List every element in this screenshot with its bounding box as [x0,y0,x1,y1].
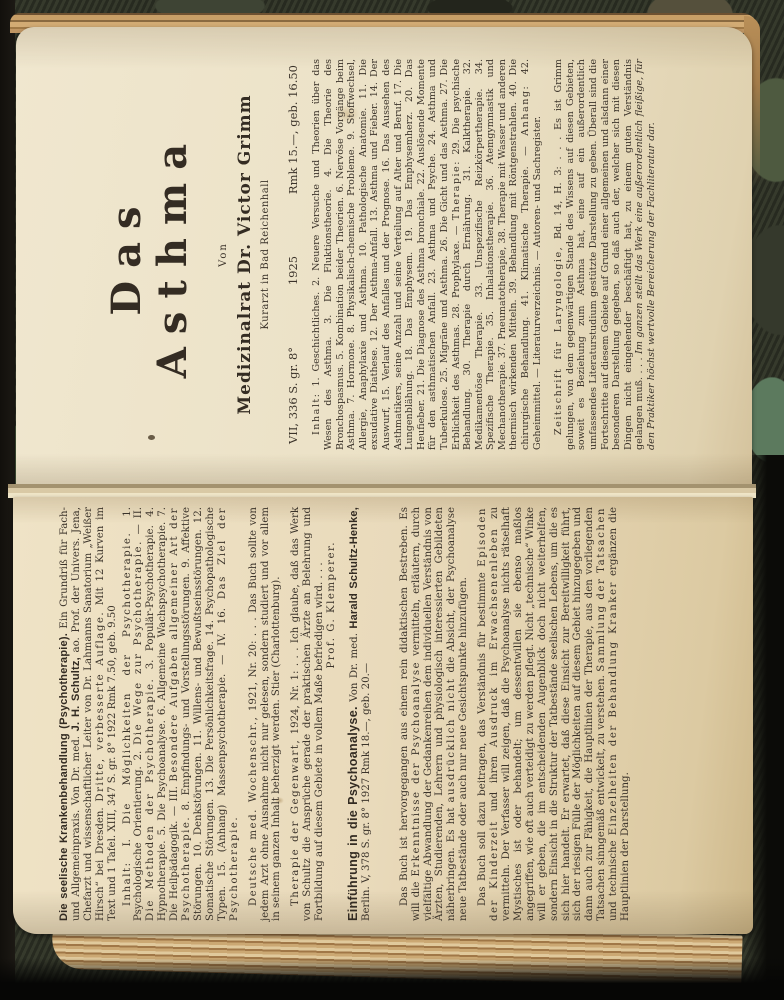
publication-year: 1925 [288,256,300,285]
page-psychotherapie: Die seelische Krankenbehandlung (Psychot… [13,497,753,934]
author-role: Kurarzt in Bad Reichenhall [260,59,272,450]
book1-contents-paragraph: Inhalt: I. Die Möglichkeiten der Psychot… [122,507,241,921]
byline: Von [218,59,230,450]
book2-heading-paragraph: Einführung in die Psychoanalyse. Von Dr.… [348,507,373,921]
book-title: Das Asthma [104,59,196,450]
shadow-bottom [0,958,784,1000]
contents-paragraph: Inhalt: 1. Geschichtliches. 2. Neuere Ve… [311,59,543,450]
book-photo: Das Asthma Von Medizinalrat Dr. Victor G… [0,0,784,1000]
author-name: Medizinalrat Dr. Victor Grimm [240,59,252,450]
book2-description-paragraph1: Das Buch ist hervorgegangen aus einem re… [399,507,470,921]
price: Rmk 15.—, geb. 16.50 [288,65,300,194]
book2-description-paragraph2: Das Buch soll dazu beitragen, das Verstä… [477,507,632,921]
book1-review1-paragraph: Deutsche med. Wochenschr., 1921, Nr. 20:… [248,507,284,921]
review-paragraph: Zeitschrift für Laryngologie, Bd. 14, H.… [553,59,657,450]
format-spec: VII, 336 S. gr. 8° [288,347,300,444]
page-das-asthma: Das Asthma Von Medizinalrat Dr. Victor G… [16,27,752,486]
reviewer-signature: Prof. G. Klemperer. [326,507,338,921]
book1-heading-paragraph: Die seelische Krankenbehandlung (Psychot… [59,507,119,921]
publication-line: VII, 336 S. gr. 8° 1925 Rmk 15.—, geb. 1… [288,59,300,450]
book1-review2-paragraph: Therapie der Gegenwart, 1924, Nr. 1: . .… [290,507,326,921]
page-fold [8,484,756,498]
